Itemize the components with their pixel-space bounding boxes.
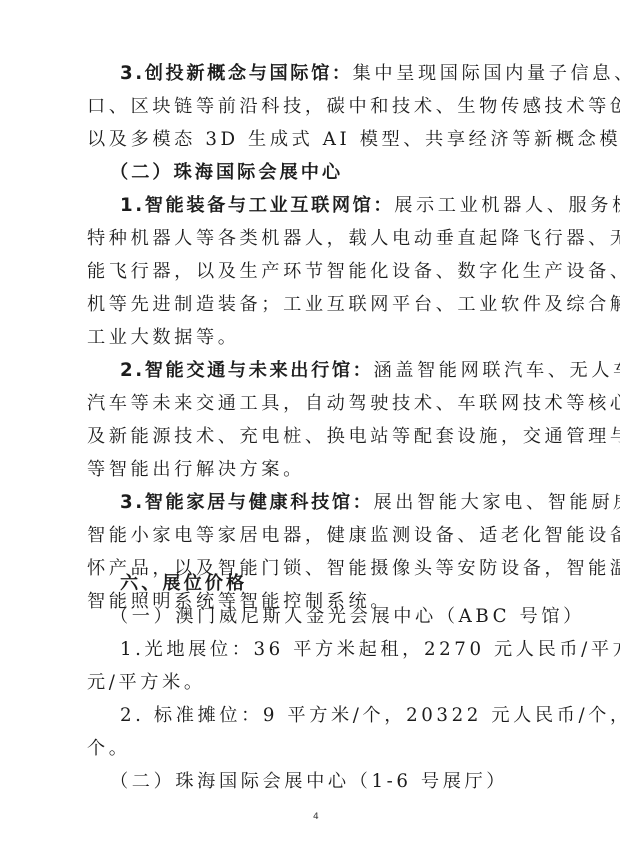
paragraph-title: 3.创投新概念与国际馆： [120,63,353,84]
paragraph-text: 展示工业机器人、服务机器人、 [394,195,620,216]
paragraph-title: 1.智能装备与工业互联网馆： [120,195,394,216]
paragraph-line: 以及多模态 3D 生成式 AI 模型、共享经济等新概念模式。 [87,128,557,152]
document-page: 3.创投新概念与国际馆：集中呈现国际国内量子信息、脑机接 口、区块链等前沿科技，… [0,0,620,858]
paragraph-title: 2.智能交通与未来出行馆： [120,360,373,381]
paragraph-text: 集中呈现国际国内量子信息、脑机接 [353,63,620,84]
paragraph-line: 工业大数据等。 [87,326,557,350]
paragraph-line: 等智能出行解决方案。 [87,458,557,482]
subsection-heading-zhuhai-halls: （二）珠海国际会展中心（1-6 号展厅） [110,770,580,794]
paragraph-title: 3.智能家居与健康科技馆： [120,492,373,513]
paragraph-zhuangbei-line-1: 1.智能装备与工业互联网馆：展示工业机器人、服务机器人、 [120,194,590,218]
page-number: 4 [313,812,319,822]
price-raw-space-line-2: 元/平方米。 [87,671,557,695]
paragraph-line: 特种机器人等各类机器人，载人电动垂直起降飞行器、无人机等智 [87,227,557,251]
price-standard-booth-line-1: 2. 标准摊位：9 平方米/个，20322 元人民币/个，2903 美元/ [120,704,590,728]
paragraph-jiaju-line-1: 3.智能家居与健康科技馆：展出智能大家电、智能厨房设备、 [120,491,590,515]
paragraph-line: 机等先进制造装备；工业互联网平台、工业软件及综合解决方案、 [87,293,557,317]
paragraph-text: 涵盖智能网联汽车、无人车、飞行 [373,360,620,381]
price-raw-space-line-1: 1.光地展位：36 平方米起租，2270 元人民币/平方米，323 美 [120,638,590,662]
section-heading-zhuhai: （二）珠海国际会展中心 [110,161,580,185]
paragraph-line: 口、区块链等前沿科技，碳中和技术、生物传感技术等创新成果， [87,95,557,119]
subsection-heading-macau: （一）澳门威尼斯人金光会展中心（ABC 号馆） [110,605,580,629]
paragraph-text: 展出智能大家电、智能厨房设备、 [373,492,620,513]
price-standard-booth-line-2: 个。 [87,737,557,761]
paragraph-jiaotong-line-1: 2.智能交通与未来出行馆：涵盖智能网联汽车、无人车、飞行 [120,359,590,383]
section-heading-booth-price: 六、展位价格 [120,572,590,596]
paragraph-line: 汽车等未来交通工具，自动驾驶技术、车联网技术等核心技术，以 [87,392,557,416]
paragraph-line: 智能小家电等家居电器，健康监测设备、适老化智能设备等健康关 [87,524,557,548]
paragraph-chuangtou-line-1: 3.创投新概念与国际馆：集中呈现国际国内量子信息、脑机接 [120,62,590,86]
paragraph-line: 能飞行器，以及生产环节智能化设备、数字化生产设备、3D 打印 [87,260,557,284]
paragraph-line: 及新能源技术、充电桩、换电站等配套设施，交通管理与服务平台 [87,425,557,449]
